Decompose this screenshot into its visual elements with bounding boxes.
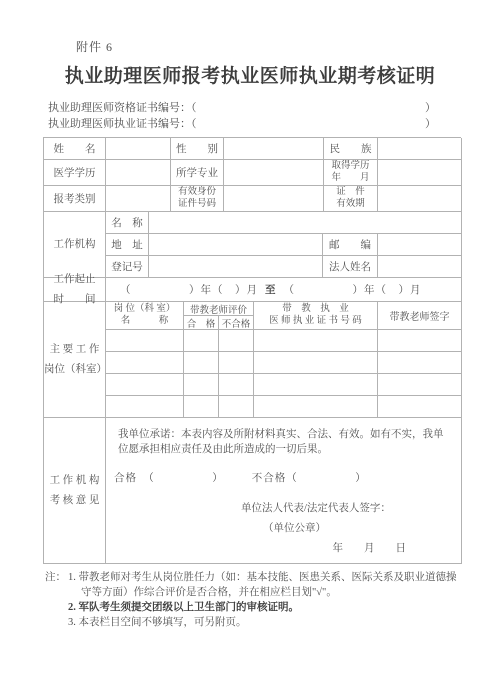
name-label: 姓 名 xyxy=(44,138,106,160)
edu-date-value xyxy=(378,160,462,186)
practice-cert-number-line: 执业助理医师执业证书编号：（ ） xyxy=(48,117,436,133)
certificate-numbers: 执业助理医师资格证书编号：（ ） 执业助理医师执业证书编号：（ ） xyxy=(48,101,436,132)
name-value xyxy=(106,138,171,160)
id-number-label: 有效身份 证件号码 xyxy=(171,186,224,212)
section-assessment-opinion: 工 作 机 构 考 核 意 见 我单位承诺：本表内容及所附材料真实、合法、有效。… xyxy=(44,418,462,564)
work-position-empty-cell xyxy=(254,330,378,352)
education-value xyxy=(106,160,171,186)
practice-cert-label: 执业助理医师执业证书编号：（ xyxy=(48,117,197,133)
work-position-empty-cell xyxy=(378,396,462,418)
fail-option: 不合格（ ） xyxy=(252,470,367,485)
qualification-cert-label: 执业助理医师资格证书编号：（ xyxy=(48,101,197,117)
id-number-value xyxy=(224,186,324,212)
org-legal-label: 法人姓名 xyxy=(323,256,378,278)
note-item: 1. 带教老师对考生从岗位胜任力（如：基本技能、医患关系、医际关系及职业道德操守… xyxy=(68,570,457,600)
work-position-empty-cell xyxy=(378,374,462,396)
promise-text: 我单位承诺：本表内容及所附材料真实、合法、有效。如有不实，我单位愿承担相应责任及… xyxy=(106,418,461,457)
ethnicity-label: 民 族 xyxy=(324,138,378,160)
note-item: 2. 军队考生须提交团级以上卫生部门的审核证明。 xyxy=(68,600,457,615)
work-position-empty-cell xyxy=(106,396,184,418)
position-name-header: 岗 位（科 室） 名 称 xyxy=(106,302,184,330)
official-seal-label: （单位公章） xyxy=(106,520,461,535)
section-work-period: 工作起止 时 间 （ ）年（ ）月 至 （ ）年（ ）月 xyxy=(44,278,462,302)
org-postcode-label: 邮 编 xyxy=(323,234,378,256)
work-position-empty-cell xyxy=(219,330,254,352)
pass-header: 合 格 xyxy=(184,316,219,330)
form-title: 执业助理医师报考执业医师执业期考核证明 xyxy=(0,61,500,88)
row-org-registration: 登记号 法人姓名 xyxy=(106,256,462,278)
work-position-empty-cell xyxy=(184,374,219,396)
work-position-empty-cell xyxy=(254,374,378,396)
teacher-cert-number-header: 带 教 执 业 医 师 执 业 证 书 号 码 xyxy=(254,302,378,330)
category-value xyxy=(106,186,171,212)
form-table: 姓 名 性 别 民 族 医学学历 所学专业 取得学历 年 月 报考类别 有效身份… xyxy=(43,137,461,564)
work-position-empty-cell xyxy=(219,396,254,418)
note-item: 3. 本表栏目空间不够填写，可另附页。 xyxy=(68,615,457,630)
notes-block: 注： 1. 带教老师对考生从岗位胜任力（如：基本技能、医患关系、医际关系及职业道… xyxy=(45,570,457,630)
education-label: 医学学历 xyxy=(44,160,106,186)
work-position-empty-cell xyxy=(184,352,219,374)
work-period-label: 工作起止 时 间 xyxy=(44,278,106,302)
org-reg-label: 登记号 xyxy=(106,256,149,278)
work-positions-section-label: 主 要 工 作 岗位（科室） xyxy=(44,302,106,418)
ethnicity-value xyxy=(378,138,462,160)
row-name: 姓 名 性 别 民 族 xyxy=(44,138,461,160)
work-position-empty-cell xyxy=(106,330,184,352)
major-label: 所学专业 xyxy=(171,160,224,186)
notes-list: 1. 带教老师对考生从岗位胜任力（如：基本技能、医患关系、医际关系及职业道德操守… xyxy=(68,570,457,630)
id-validity-value xyxy=(378,186,462,212)
work-position-empty-cell xyxy=(184,330,219,352)
category-label: 报考类别 xyxy=(44,186,106,212)
legal-representative-signature-label: 单位法人代表/法定代表人签字： xyxy=(106,500,461,515)
row-education: 医学学历 所学专业 取得学历 年 月 xyxy=(44,160,461,186)
gender-label: 性 别 xyxy=(171,138,224,160)
org-name-value xyxy=(149,212,462,234)
assessment-opinion-content: 我单位承诺：本表内容及所附材料真实、合法、有效。如有不实，我单位愿承担相应责任及… xyxy=(106,418,462,564)
organization-section-label: 工作机构 xyxy=(44,212,106,278)
org-name-label: 名 称 xyxy=(106,212,149,234)
work-position-empty-cell xyxy=(378,352,462,374)
work-positions-grid: 岗 位（科 室） 名 称 带教老师评价 带 教 执 业 医 师 执 业 证 书 … xyxy=(106,302,462,418)
major-value xyxy=(224,160,324,186)
work-position-empty-cell xyxy=(184,396,219,418)
work-position-empty-cell xyxy=(106,352,184,374)
notes-label: 注： xyxy=(45,570,68,630)
org-address-value xyxy=(149,234,323,256)
work-period-value: （ ）年（ ）月 至 （ ）年（ ）月 xyxy=(106,278,462,302)
id-validity-label: 证 件 有效期 xyxy=(324,186,378,212)
pass-option: 合格 （ ） xyxy=(114,470,224,485)
work-position-empty-cell xyxy=(378,330,462,352)
date-line: 年 月 日 xyxy=(333,540,462,563)
teacher-signature-header: 带教老师签字 xyxy=(378,302,462,330)
row-org-name: 名 称 xyxy=(106,212,462,234)
document-page: 附件 6 执业助理医师报考执业医师执业期考核证明 执业助理医师资格证书编号：（ … xyxy=(0,0,500,686)
section-organization: 工作机构 名 称 地 址 邮 编 登记号 法人姓名 xyxy=(44,212,462,278)
work-position-empty-cell xyxy=(219,352,254,374)
org-reg-value xyxy=(149,256,323,278)
work-position-empty-cell xyxy=(254,396,378,418)
work-position-empty-cell xyxy=(254,352,378,374)
work-position-empty-cell xyxy=(219,374,254,396)
period-to-text: 至 xyxy=(265,282,277,297)
section-work-positions: 主 要 工 作 岗位（科室） 岗 位（科 室） 名 称 带教老师评价 带 教 执… xyxy=(44,302,462,418)
qualification-cert-close-paren: ） xyxy=(425,101,436,117)
fail-header: 不合格 xyxy=(219,316,254,330)
row-category: 报考类别 有效身份 证件号码 证 件 有效期 xyxy=(44,186,461,212)
row-org-address: 地 址 邮 编 xyxy=(106,234,462,256)
pass-fail-line: 合格 （ ） 不合格（ ） xyxy=(114,470,461,485)
org-legal-value xyxy=(378,256,462,278)
work-position-empty-cell xyxy=(106,374,184,396)
practice-cert-close-paren: ） xyxy=(425,117,436,133)
gender-value xyxy=(224,138,324,160)
org-address-label: 地 址 xyxy=(106,234,149,256)
attachment-label: 附件 6 xyxy=(76,38,500,55)
org-postcode-value xyxy=(378,234,462,256)
assessment-opinion-section-label: 工 作 机 构 考 核 意 见 xyxy=(44,418,106,564)
edu-date-label: 取得学历 年 月 xyxy=(324,160,378,186)
teacher-evaluation-header: 带教老师评价 xyxy=(184,302,254,316)
qualification-cert-number-line: 执业助理医师资格证书编号：（ ） xyxy=(48,101,436,117)
